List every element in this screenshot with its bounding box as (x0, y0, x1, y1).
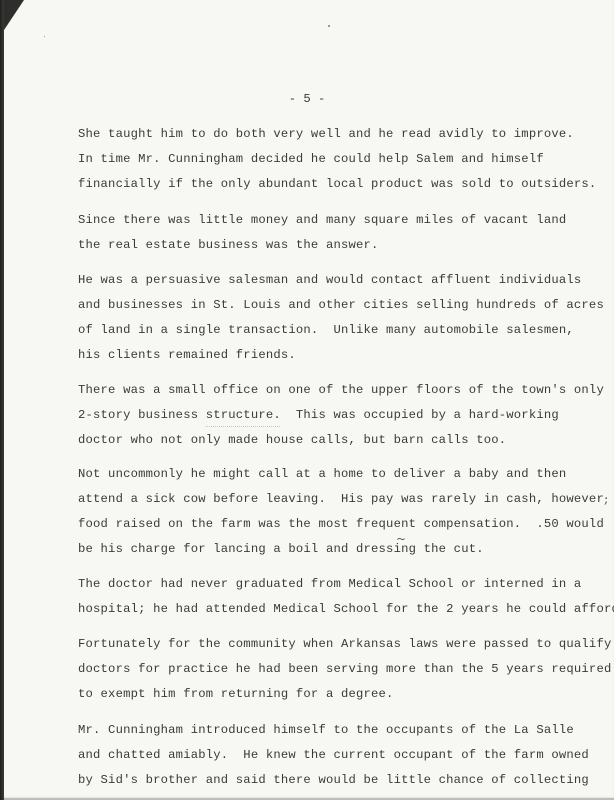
text-line: the real estate business was the answer. (78, 239, 379, 251)
handwritten-semicolon: ; (604, 492, 608, 507)
text-line: by Sid's brother and said there would be… (78, 774, 589, 786)
text-line: doctors for practice he had been serving… (78, 663, 611, 675)
text-line: The doctor had never graduated from Medi… (78, 578, 581, 590)
scan-speck (44, 36, 45, 37)
text-line: to exempt him from returning for a degre… (78, 688, 394, 700)
handwritten-tilde: ~ (396, 532, 406, 546)
text-line: He was a persuasive salesman and would c… (78, 274, 581, 286)
text-line: be his charge for lancing a boil and dre… (78, 543, 484, 555)
document-page: - 5 - She taught him to do both very wel… (0, 0, 614, 800)
page-number: - 5 - (0, 92, 614, 106)
text-line: Since there was little money and many sq… (78, 214, 566, 226)
text-line: doctor who not only made house calls, bu… (78, 434, 506, 446)
text-line: Not uncommonly he might call at a home t… (78, 468, 566, 480)
text-line: 2-story business structure. This was occ… (78, 409, 559, 421)
text-line: and businesses in St. Louis and other ci… (78, 299, 604, 311)
scan-left-edge (0, 0, 4, 800)
text-line: In time Mr. Cunningham decided he could … (78, 153, 544, 165)
text-line: She taught him to do both very well and … (78, 128, 574, 140)
text-line: hospital; he had attended Medical School… (78, 603, 614, 615)
text-line: financially if the only abundant local p… (78, 178, 596, 190)
text-line: of land in a single transaction. Unlike … (78, 324, 574, 336)
text-line: Fortunately for the community when Arkan… (78, 638, 611, 650)
text-line: food raised on the farm was the most fre… (78, 518, 604, 530)
faint-mark (205, 426, 280, 427)
scan-speck (328, 25, 330, 27)
text-line: his clients remained friends. (78, 349, 296, 361)
text-line: and chatted amiably. He knew the current… (78, 749, 589, 761)
text-line: attend a sick cow before leaving. His pa… (78, 493, 604, 505)
text-line: Mr. Cunningham introduced himself to the… (78, 724, 574, 736)
text-line: There was a small office on one of the u… (78, 384, 604, 396)
